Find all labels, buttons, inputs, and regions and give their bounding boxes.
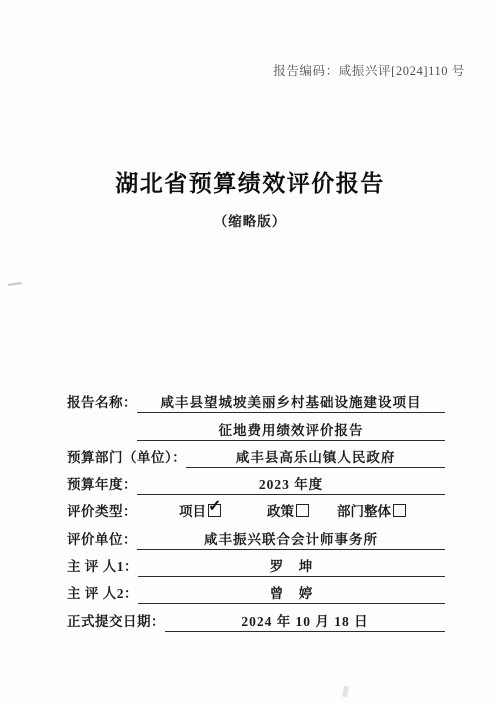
field-value: 咸丰振兴联合会计师事务所 <box>137 528 445 550</box>
field-value: 2024 年 10 月 18 日 <box>165 610 445 632</box>
field-label: 预算部门（单位）： <box>67 446 186 468</box>
field-value: 2023 年度 <box>137 473 445 495</box>
field-label: 主 评 人2： <box>67 582 138 604</box>
option-policy: 政策 <box>267 500 309 520</box>
report-code-label: 报告编码： <box>273 64 339 78</box>
form-row-evaluation-type: 评价类型： 项目 ✓ 政策 部门整体 <box>67 495 445 522</box>
field-value: 曾 婷 <box>138 582 445 604</box>
option-label: 部门整体 <box>337 500 391 520</box>
checkbox-unchecked-icon <box>296 504 309 517</box>
field-value: 咸丰县高乐山镇人民政府 <box>186 446 445 468</box>
field-label: 主 评 人1： <box>67 555 138 577</box>
check-icon: ✓ <box>208 499 221 515</box>
scan-artifact-bottom <box>342 686 349 698</box>
checkbox-unchecked-icon <box>393 504 406 517</box>
page-title: 湖北省预算绩效评价报告 <box>0 165 500 198</box>
form-row-chief-evaluator-1: 主 评 人1： 罗 坤 <box>67 550 445 577</box>
document-page: 报告编码：咸振兴评[2024]110 号 湖北省预算绩效评价报告 （缩略版） 报… <box>0 0 500 707</box>
option-label: 政策 <box>267 500 294 520</box>
field-label: 评价单位： <box>67 528 137 550</box>
report-code: 报告编码：咸振兴评[2024]110 号 <box>273 61 465 79</box>
option-department-overall: 部门整体 <box>337 500 406 520</box>
field-label: 报告名称： <box>67 391 137 413</box>
field-value: 征地费用绩效评价报告 <box>137 419 445 441</box>
form-row-chief-evaluator-2: 主 评 人2： 曾 婷 <box>67 577 445 604</box>
page-subtitle: （缩略版） <box>0 210 500 230</box>
form-row-report-name: 报告名称： 咸丰县望城坡美丽乡村基础设施建设项目 <box>67 386 445 413</box>
form-row-budget-department: 预算部门（单位）： 咸丰县高乐山镇人民政府 <box>67 441 445 468</box>
field-label: 正式提交日期： <box>67 610 165 632</box>
field-value: 罗 坤 <box>138 555 445 577</box>
option-label: 项目 <box>179 500 206 520</box>
field-label-spacer <box>67 439 137 441</box>
form-row-report-name-line2: 征地费用绩效评价报告 <box>67 413 445 440</box>
form-row-evaluation-unit: 评价单位： 咸丰振兴联合会计师事务所 <box>67 522 445 549</box>
checkbox-checked-icon: ✓ <box>208 504 221 517</box>
scan-artifact-left <box>8 282 23 290</box>
form-row-submission-date: 正式提交日期： 2024 年 10 月 18 日 <box>67 604 445 631</box>
evaluation-type-options: 项目 ✓ 政策 部门整体 <box>137 500 445 522</box>
option-project: 项目 ✓ <box>179 500 221 520</box>
field-label: 评价类型： <box>67 500 137 522</box>
field-value: 咸丰县望城坡美丽乡村基础设施建设项目 <box>137 391 445 413</box>
field-label: 预算年度： <box>67 473 137 495</box>
form-row-budget-year: 预算年度： 2023 年度 <box>67 468 445 495</box>
cover-form: 报告名称： 咸丰县望城坡美丽乡村基础设施建设项目 征地费用绩效评价报告 预算部门… <box>67 386 445 632</box>
report-code-value: 咸振兴评[2024]110 号 <box>339 64 465 78</box>
